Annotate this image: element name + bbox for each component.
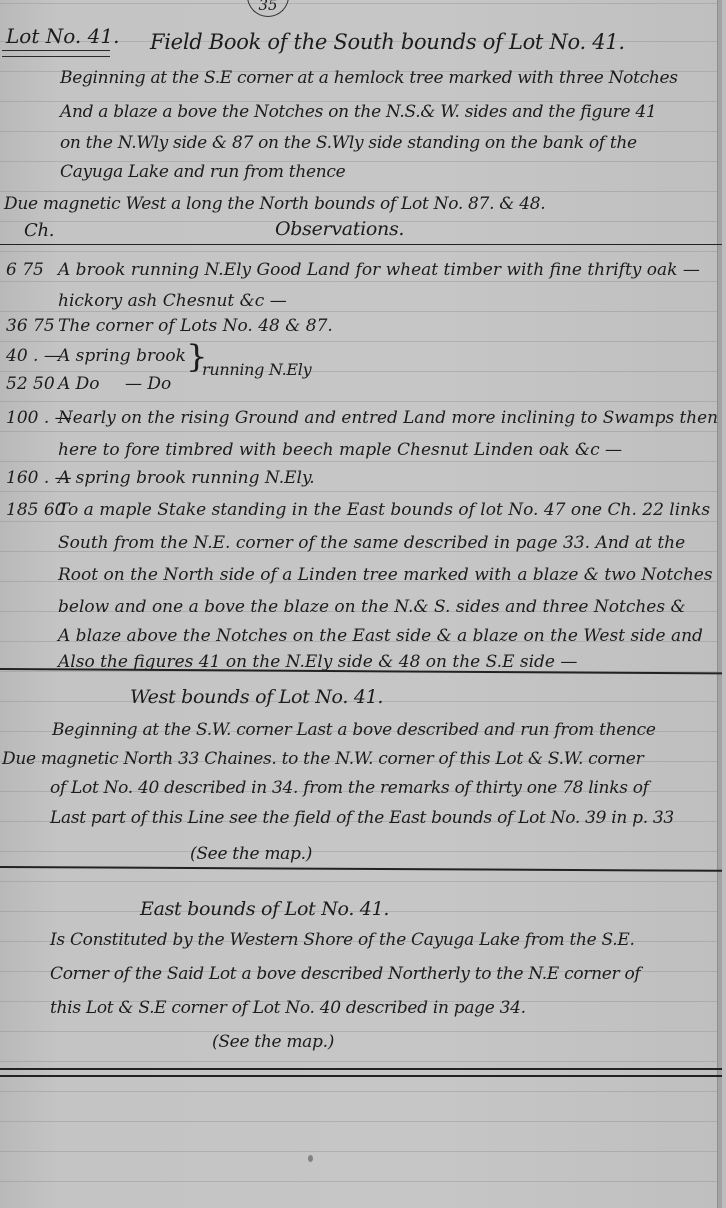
intro-line: Beginning at the S.E corner at a hemlock…	[60, 70, 678, 87]
manuscript-page: 35 Lot No. 41. Field Book of the South b…	[0, 0, 722, 1208]
entry-observation: A spring brook	[58, 346, 186, 366]
intro-line: Cayuga Lake and run from thence	[60, 164, 345, 181]
ink-spot	[308, 1155, 313, 1162]
page-number: 35	[247, 0, 289, 17]
west-bounds-note: (See the map.)	[190, 846, 312, 863]
brace-note: running N.Ely	[202, 362, 311, 378]
east-bounds-line: Corner of the Said Lot a bove described …	[50, 966, 640, 983]
closing-double-rule-bottom	[0, 1075, 722, 1077]
entry-distance: 52 50	[6, 374, 55, 394]
lot-label-underline	[2, 50, 110, 57]
column-header-distance: Ch.	[24, 222, 54, 240]
entry-observation: — Do	[125, 374, 171, 394]
entry-observation: To a maple Stake standing in the East bo…	[58, 500, 710, 520]
section-divider	[0, 866, 722, 872]
east-bounds-note: (See the map.)	[212, 1034, 334, 1051]
west-bounds-line: Last part of this Line see the field of …	[50, 810, 674, 827]
west-bounds-line: Due magnetic North 33 Chaines. to the N.…	[2, 751, 643, 768]
entry-distance: 40 . —	[6, 346, 61, 366]
east-bounds-line: this Lot & S.E corner of Lot No. 40 desc…	[50, 1000, 526, 1017]
entry-distance: 6 75	[6, 260, 44, 280]
entry-observation: hickory ash Chesnut &c —	[58, 291, 287, 311]
west-bounds-line: Beginning at the S.W. corner Last a bove…	[52, 722, 656, 739]
entry-observation: A Do	[58, 374, 100, 394]
page-edge	[717, 0, 722, 1208]
west-bounds-line: of Lot No. 40 described in 34. from the …	[50, 780, 649, 797]
entry-observation: South from the N.E. corner of the same d…	[58, 533, 685, 553]
entry-observation: here to fore timbred with beech maple Ch…	[58, 440, 622, 460]
entry-observation: A spring brook running N.Ely.	[58, 468, 315, 488]
entry-observation: Root on the North side of a Linden tree …	[58, 565, 713, 585]
south-bounds-title: Field Book of the South bounds of Lot No…	[150, 32, 625, 53]
entry-observation: The corner of Lots No. 48 & 87.	[58, 316, 333, 336]
entry-observation: below and one a bove the blaze on the N.…	[58, 597, 686, 617]
entry-observation: A brook running N.Ely Good Land for whea…	[58, 260, 700, 280]
intro-line: on the N.Wly side & 87 on the S.Wly side…	[60, 135, 637, 152]
entry-distance: 36 75	[6, 316, 55, 336]
entry-distance: 185 60	[6, 500, 65, 520]
east-bounds-title: East bounds of Lot No. 41.	[140, 900, 389, 919]
bearing-line: Due magnetic West a long the North bound…	[4, 196, 545, 213]
entry-observation: A blaze above the Notches on the East si…	[58, 626, 703, 646]
column-header-observations: Observations.	[275, 220, 404, 239]
header-rule	[0, 244, 722, 245]
closing-double-rule-top	[0, 1068, 722, 1070]
intro-line: And a blaze a bove the Notches on the N.…	[60, 104, 656, 121]
west-bounds-title: West bounds of Lot No. 41.	[130, 688, 383, 707]
entry-observation: Nearly on the rising Ground and entred L…	[58, 408, 718, 428]
east-bounds-line: Is Constituted by the Western Shore of t…	[50, 932, 635, 949]
lot-label: Lot No. 41.	[6, 24, 119, 48]
